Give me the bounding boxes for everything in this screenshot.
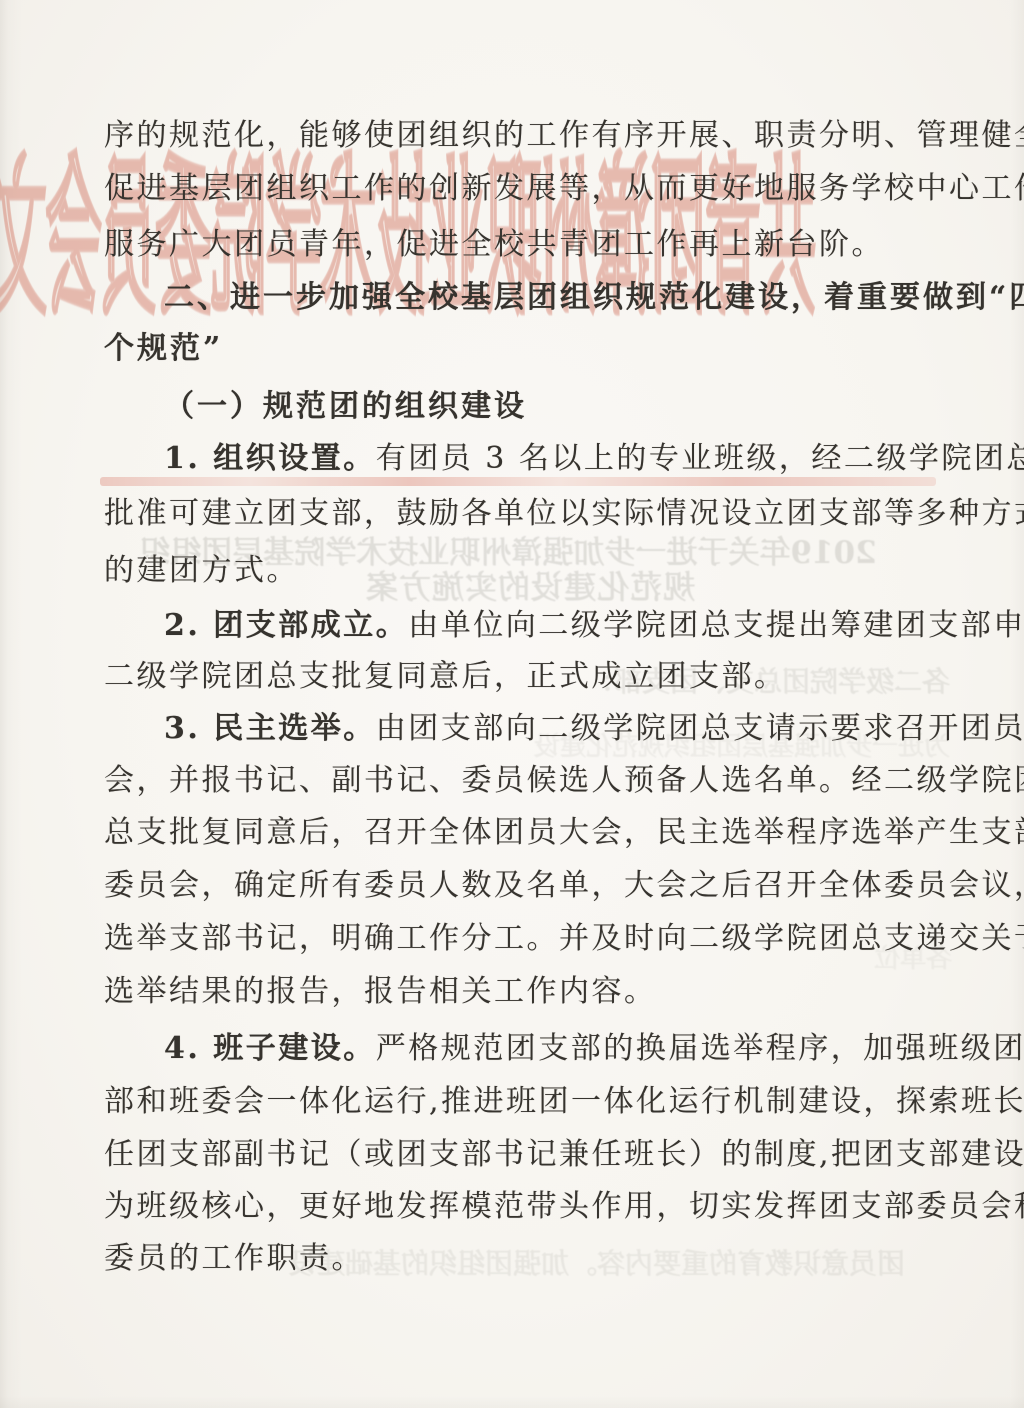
scanned-document-page: 共青团漳州职业技术学院委员会文件 2019年关于进一步加强漳州职业技术学院基层团… <box>0 0 1024 1408</box>
body-line: 为班级核心，更好地发挥模范带头作用，切实发挥团支部委员会和 <box>104 1187 938 1227</box>
body-line: 二级学院团总支批复同意后，正式成立团支部。 <box>104 657 938 697</box>
body-line: 任团支部副书记（或团支部书记兼任班长）的制度,把团支部建设成 <box>104 1135 938 1175</box>
body-line: 选举结果的报告，报告相关工作内容。 <box>104 972 938 1012</box>
body-line: 序的规范化，能够使团组织的工作有序开展、职责分明、管理健全， <box>104 116 938 156</box>
body-line: 部和班委会一体化运行,推进班团一体化运行机制建设，探索班长兼 <box>104 1082 938 1122</box>
body-line: 2. 团支部成立。由单位向二级学院团总支提出筹建团支部申请， <box>104 606 938 646</box>
body-line: 的建团方式。 <box>104 551 938 591</box>
body-line: 服务广大团员青年，促进全校共青团工作再上新台阶。 <box>104 225 938 265</box>
body-line: 促进基层团组织工作的创新发展等，从而更好地服务学校中心工作、 <box>104 169 938 209</box>
body-line: 委员会，确定所有委员人数及名单，大会之后召开全体委员会议， <box>104 866 938 906</box>
body-line: 3. 民主选举。由团支部向二级学院团总支请示要求召开团员大 <box>104 709 938 749</box>
body-line: 选举支部书记，明确工作分工。并及时向二级学院团总支递交关于 <box>104 919 938 959</box>
body-line: 批准可建立团支部，鼓励各单位以实际情况设立团支部等多种方式 <box>104 494 938 534</box>
body-line: 1. 组织设置。有团员 3 名以上的专业班级，经二级学院团总支 <box>104 439 938 479</box>
body-line: 会，并报书记、副书记、委员候选人预备人选名单。经二级学院团 <box>104 761 938 801</box>
body-line: 委员的工作职责。 <box>104 1239 938 1279</box>
section-heading: 二、进一步加强全校基层团组织规范化建设，着重要做到“四 <box>104 278 938 318</box>
body-line: 总支批复同意后，召开全体团员大会，民主选举程序选举产生支部 <box>104 813 938 853</box>
body-line: 4. 班子建设。严格规范团支部的换届选举程序，加强班级团支 <box>104 1029 938 1069</box>
section-heading: 个规范” <box>104 329 938 369</box>
subsection-heading: （一）规范团的组织建设 <box>104 387 938 427</box>
